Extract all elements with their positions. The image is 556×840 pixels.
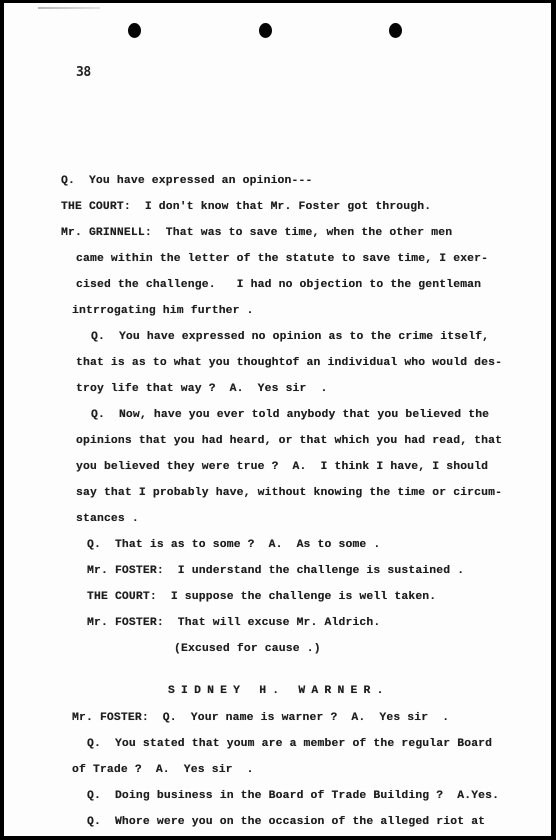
transcript-line: came within the letter of the statute to… — [76, 253, 488, 265]
punch-hole-icon — [389, 23, 402, 38]
transcript-line: Q. You have expressed no opinion as to t… — [91, 331, 489, 343]
transcript-line: cised the challenge. I had no objection … — [76, 279, 481, 291]
transcript-line: of Trade ? A. Yes sir . — [72, 764, 254, 776]
punch-hole-icon — [259, 23, 272, 38]
transcript-line: Q. You have expressed an opinion--- — [61, 175, 312, 187]
page-number: 38 — [76, 65, 91, 80]
document-page: 38 Q. You have expressed an opinion---TH… — [4, 3, 551, 836]
transcript-line: Mr. FOSTER: That will excuse Mr. Aldrich… — [87, 617, 380, 629]
transcript-line: opinions that you had heard, or that whi… — [76, 435, 502, 447]
transcript-line: troy life that way ? A. Yes sir . — [76, 383, 327, 395]
transcript-line: Q. Doing business in the Board of Trade … — [87, 790, 499, 802]
transcript-line: intrrogating him further . — [72, 305, 254, 317]
transcript-line: Q. That is as to some ? A. As to some . — [87, 539, 380, 551]
transcript-line: Q. You stated that youm are a member of … — [87, 738, 492, 750]
transcript-line: that is as to what you thoughtof an indi… — [76, 357, 502, 369]
transcript-line: say that I probably have, without knowin… — [76, 487, 502, 499]
transcript-line: you believed they were true ? A. I think… — [76, 461, 488, 473]
punch-hole-icon — [128, 23, 141, 38]
transcript-line: Mr. FOSTER: I understand the challenge i… — [87, 565, 464, 577]
transcript-line: Mr. FOSTER: Q. Your name is warner ? A. … — [72, 712, 449, 724]
scan-smudge — [38, 7, 100, 9]
transcript-line: Q. Whore were you on the occasion of the… — [87, 816, 485, 828]
transcript-line: stances . — [76, 513, 139, 525]
transcript-line: Mr. GRINNELL: That was to save time, whe… — [61, 227, 452, 239]
transcript-line: THE COURT: I suppose the challenge is we… — [87, 591, 436, 603]
transcript-line: (Excused for cause .) — [174, 643, 321, 655]
witness-heading: SIDNEY H. WARNER. — [168, 685, 390, 697]
transcript-line: Q. Now, have you ever told anybody that … — [91, 409, 489, 421]
transcript-line: THE COURT: I don't know that Mr. Foster … — [61, 201, 431, 213]
